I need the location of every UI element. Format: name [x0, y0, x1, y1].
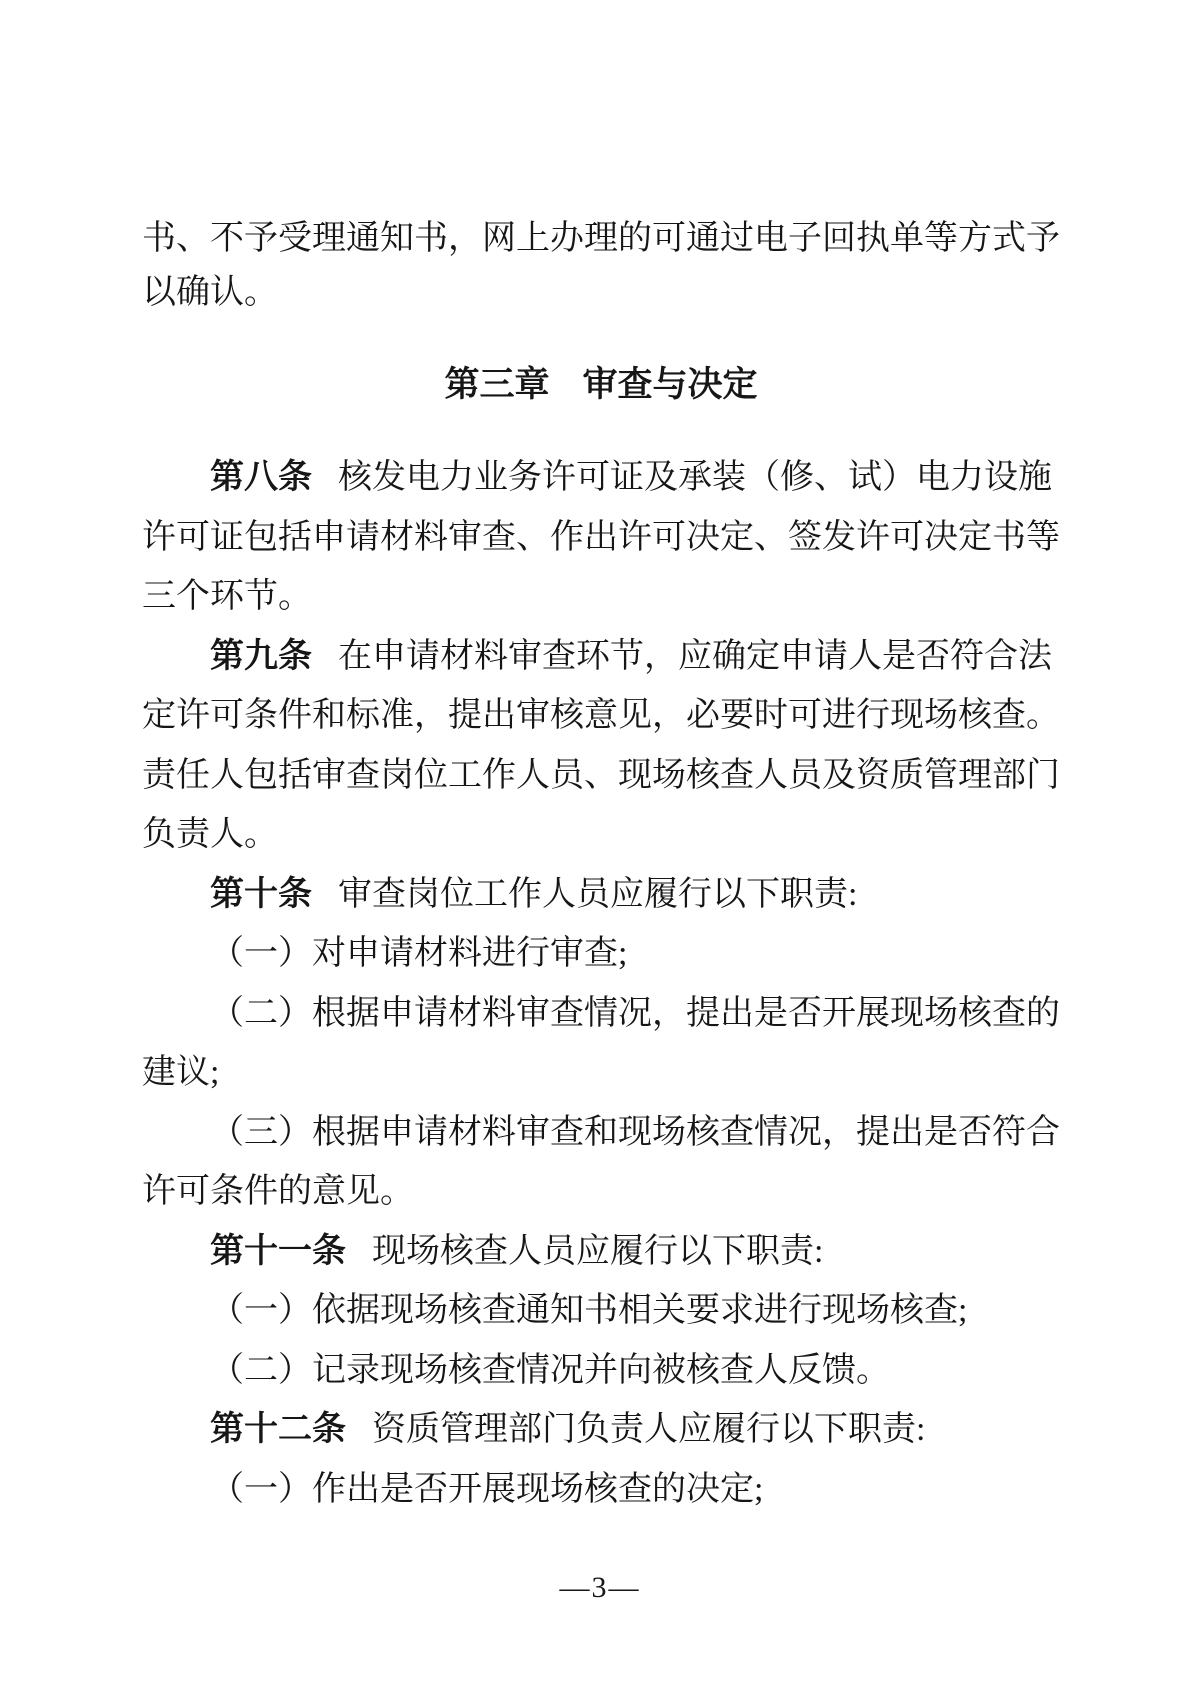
chapter-heading: 第三章审查与决定 — [142, 355, 1060, 415]
list-item-line: （一）作出是否开展现场核查的决定; — [210, 1460, 763, 1519]
page-number: —3— — [0, 1568, 1200, 1608]
paragraph-continuation-line: 以确认。 — [142, 263, 278, 322]
list-item-line: （三）根据申请材料审查和现场核查情况，提出是否符合 — [210, 1103, 1060, 1162]
paragraph-line: 许可证包括申请材料审查、作出许可决定、签发许可决定书等 — [142, 508, 1060, 567]
paragraph-line: 定许可条件和标准，提出审核意见，必要时可进行现场核查。 — [142, 686, 1060, 745]
article-11-text: 现场核查人员应履行以下职责: — [372, 1233, 823, 1270]
article-10-label: 第十条 — [210, 875, 312, 913]
article-12-label: 第十二条 — [210, 1410, 346, 1448]
article-11-line: 第十一条现场核查人员应履行以下职责: — [210, 1222, 823, 1281]
article-8-text: 核发电力业务许可证及承装（修、试）电力设施 — [338, 459, 1052, 496]
list-item-line: （一）依据现场核查通知书相关要求进行现场核查; — [210, 1281, 967, 1340]
article-10-line: 第十条审查岗位工作人员应履行以下职责: — [210, 865, 857, 924]
article-12-line: 第十二条资质管理部门负责人应履行以下职责: — [210, 1400, 925, 1459]
article-8-label: 第八条 — [210, 458, 312, 496]
paragraph-continuation-line: 书、不予受理通知书，网上办理的可通过电子回执单等方式予 — [142, 209, 1060, 268]
paragraph-continuation-line: 建议; — [142, 1043, 219, 1102]
article-8-line: 第八条核发电力业务许可证及承装（修、试）电力设施 — [210, 448, 1052, 507]
chapter-number: 第三章 — [444, 365, 549, 404]
list-item-line: （一）对申请材料进行审查; — [210, 924, 627, 983]
document-page: 书、不予受理通知书，网上办理的可通过电子回执单等方式予 以确认。 第三章审查与决… — [0, 0, 1200, 1696]
chapter-title: 审查与决定 — [583, 365, 758, 404]
article-11-label: 第十一条 — [210, 1232, 346, 1270]
article-12-text: 资质管理部门负责人应履行以下职责: — [372, 1411, 925, 1448]
paragraph-line: 三个环节。 — [142, 567, 312, 626]
paragraph-line: 责任人包括审查岗位工作人员、现场核查人员及资质管理部门 — [142, 746, 1060, 805]
article-9-line: 第九条在申请材料审查环节，应确定申请人是否符合法 — [210, 627, 1052, 686]
paragraph-line: 负责人。 — [142, 805, 278, 864]
list-item-line: （二）记录现场核查情况并向被核查人反馈。 — [210, 1341, 890, 1400]
article-9-label: 第九条 — [210, 637, 312, 675]
paragraph-continuation-line: 许可条件的意见。 — [142, 1162, 414, 1221]
list-item-line: （二）根据申请材料审查情况，提出是否开展现场核查的 — [210, 984, 1060, 1043]
article-10-text: 审查岗位工作人员应履行以下职责: — [338, 876, 857, 913]
article-9-text: 在申请材料审查环节，应确定申请人是否符合法 — [338, 638, 1052, 675]
